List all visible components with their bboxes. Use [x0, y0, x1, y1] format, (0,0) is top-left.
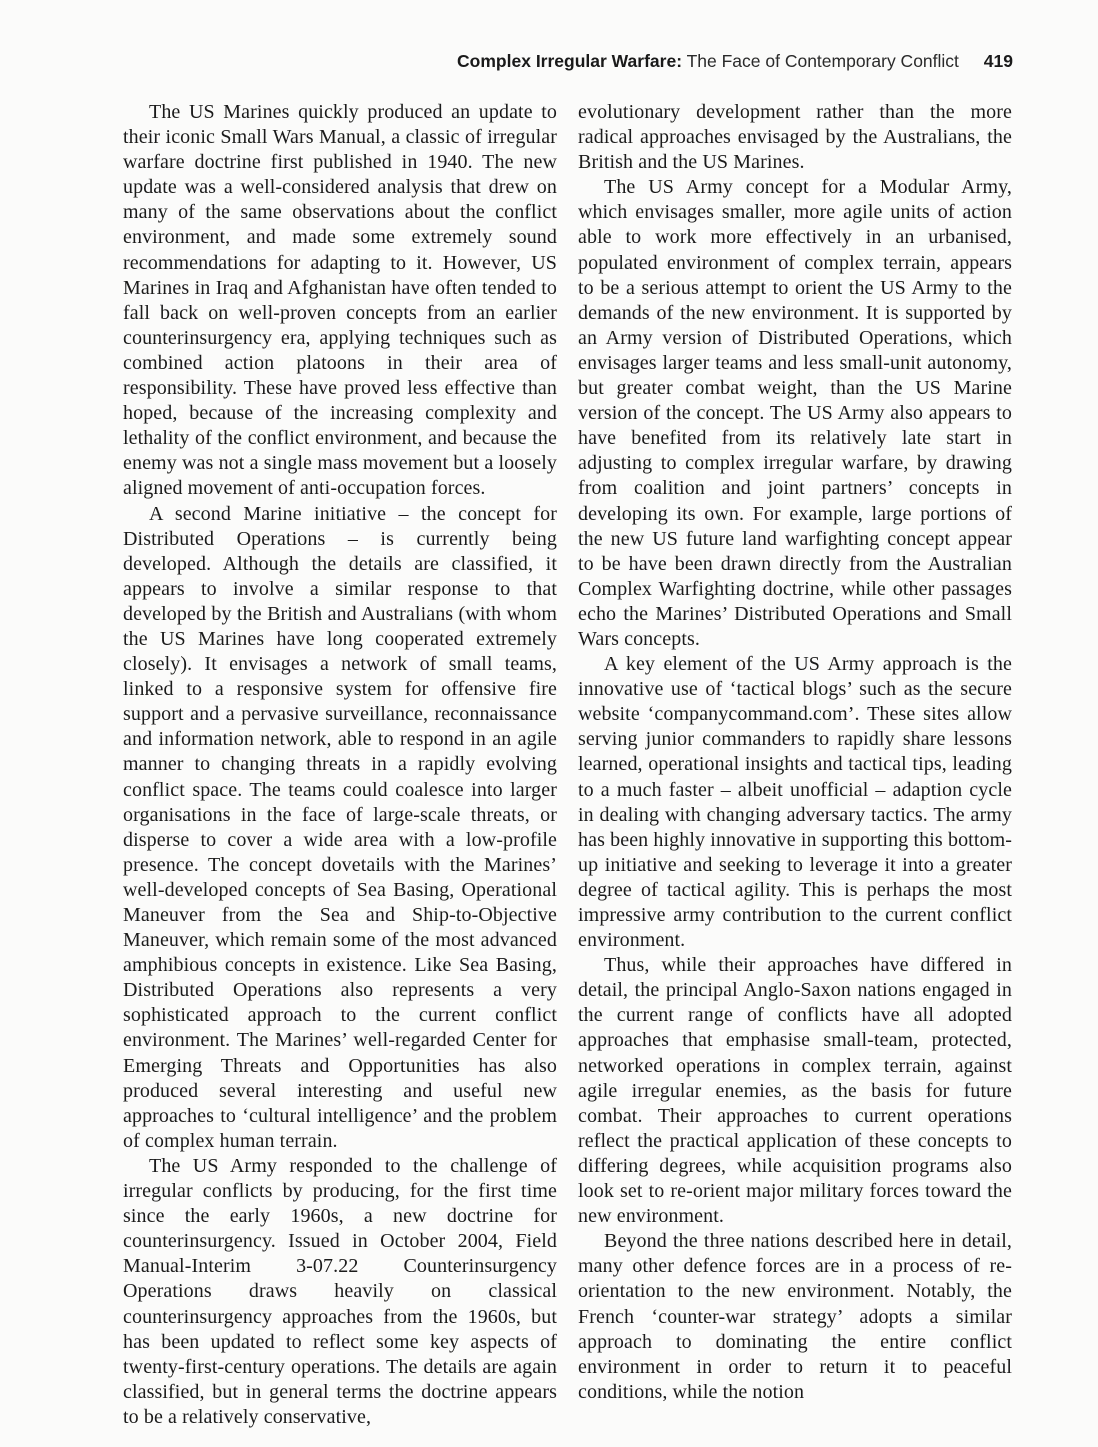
paragraph-modular-army: The US Army concept for a Modular Army, … — [578, 175, 1012, 652]
paragraph-continuation: evolutionary development rather than the… — [578, 100, 1012, 175]
body-text: The US Marines quickly produced an updat… — [123, 100, 1012, 1430]
paragraph-distributed-operations: A second Marine initiative – the concept… — [123, 502, 557, 1154]
page-number: 419 — [984, 51, 1013, 71]
running-head: Complex Irregular Warfare: The Face of C… — [123, 50, 1013, 72]
book-page: Complex Irregular Warfare: The Face of C… — [0, 0, 1098, 1447]
text-column-left: The US Marines quickly produced an updat… — [123, 100, 557, 1430]
running-head-title-bold: Complex Irregular Warfare: — [457, 51, 682, 71]
paragraph-beyond-three-nations: Beyond the three nations described here … — [578, 1229, 1012, 1405]
paragraph-tactical-blogs: A key element of the US Army approach is… — [578, 652, 1012, 953]
paragraph-marines-small-wars: The US Marines quickly produced an updat… — [123, 100, 557, 502]
paragraph-anglo-saxon-nations: Thus, while their approaches have differ… — [578, 953, 1012, 1229]
text-column-right: evolutionary development rather than the… — [578, 100, 1012, 1430]
running-head-title-regular: The Face of Contemporary Conflict — [687, 51, 959, 71]
paragraph-us-army-doctrine: The US Army responded to the challenge o… — [123, 1154, 557, 1430]
